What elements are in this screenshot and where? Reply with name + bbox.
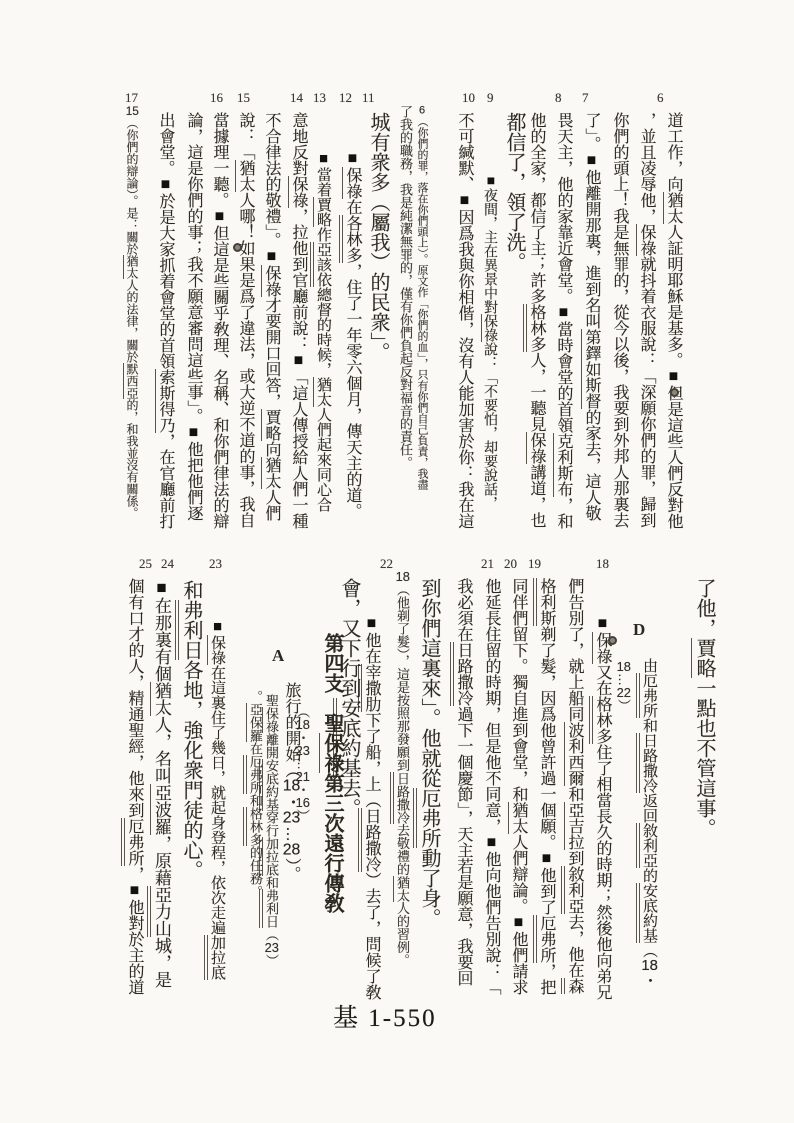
- verse-number-label: 10: [462, 90, 475, 106]
- vertical-text-column: 了」。■他離開那裏，進到名叫第鐸如斯督的家去，這人敬: [573, 112, 599, 521]
- verse-start-block: ■: [185, 424, 202, 441]
- proper-noun-marked-text: 保祿: [261, 265, 280, 297]
- proper-noun-marked-text: 亞吉拉: [564, 802, 583, 850]
- proper-noun-marked-text: 日路撒冷: [450, 642, 472, 706]
- proper-noun-marked-text: 敘利亞: [561, 866, 583, 914]
- verse-start-block: ■: [290, 352, 307, 369]
- proper-noun-marked-text: 默西亞: [123, 363, 139, 399]
- vertical-text-column: ■保祿在各林多，住了一年零六個月，傳天主的道。: [334, 150, 360, 519]
- proper-noun-marked-text: 猶太: [261, 457, 280, 489]
- vertical-text-column: 道工作，向猶太人証明耶穌是基多。■但是這些人們反對他: [655, 112, 681, 529]
- proper-noun-marked-text: 保祿: [319, 733, 343, 773]
- vertical-text-column: 到你們這裏來」。他就從厄弗所動了身。: [409, 578, 439, 928]
- page-number-footer: 基 1-550: [333, 998, 437, 1034]
- vertical-text-column: 我必須在日路撒冷過下一個慶節」，天主若是願意，我要回: [445, 578, 471, 986]
- vertical-text-column: ■保祿在這裏住了幾日，就起身登程，依次走遍加拉底: [200, 618, 225, 980]
- verse-start-block: ■: [152, 578, 171, 597]
- proper-noun-marked-text: 弗利日: [175, 600, 202, 660]
- vertical-text-column: 格利斯剃了髮，因爲他曾許過一個願。■他到了厄弗所，把: [528, 578, 554, 995]
- vertical-text-column: ■當着賈略作亞該依總督的時候，猶太人們起來同心合: [306, 150, 331, 512]
- proper-noun-marked-text: 保祿: [481, 314, 499, 342]
- vertical-text-column: 說：「猶太人哪！如果是爲了違法，或大逆不道的事，我自: [227, 112, 253, 528]
- vertical-text-column: 第四支 聖保祿第三次遠行傳敎: [312, 633, 342, 913]
- verse-start-block: ■: [665, 368, 682, 385]
- proper-noun-marked-text: 索斯得乃: [155, 369, 174, 433]
- vertical-text-column: 們告別了，就上船同波利西爾和亞吉拉到敘利亞去，他在森: [556, 578, 582, 994]
- verse-start-block: ■: [594, 615, 611, 632]
- verse-start-block: ■: [538, 850, 555, 867]
- verse-number-label: 24: [161, 556, 174, 572]
- proper-noun-marked-text: 厄弗所: [533, 915, 555, 963]
- vertical-text-column: ■夜間，主在異景中對保祿說：「不要怕，却要說話，: [474, 172, 498, 510]
- verse-number-label: 20: [504, 556, 517, 572]
- note-marker-icon: [608, 636, 617, 645]
- verse-start-block: ■: [456, 192, 473, 209]
- proper-noun-marked-text: 猶太: [150, 682, 171, 716]
- verse-number-label: 11: [362, 90, 375, 106]
- proper-noun-marked-text: 猶太: [393, 876, 410, 902]
- vertical-text-column: 不可緘默、■因爲我與你相偕，沒有人能加害於你：我在這: [446, 112, 472, 529]
- verse-start-block: ■: [363, 615, 380, 632]
- proper-noun-marked-text: 猶太: [663, 192, 682, 224]
- proper-noun-marked-text: 克利斯布: [553, 433, 572, 497]
- vertical-text-column: 了他，賈略一點也不管這事。: [684, 578, 714, 838]
- verse-number-label: 16: [210, 90, 223, 106]
- verse-number-label: 25: [139, 556, 152, 572]
- verse-start-block: ■: [157, 176, 174, 193]
- scanned-page: 67891011121314151617道工作，向猶太人証明耶穌是基多。■但是這…: [0, 0, 794, 1123]
- verse-start-block: ■: [483, 172, 499, 188]
- proper-noun-marked-text: 保祿: [526, 432, 545, 464]
- vertical-text-column: 城有衆多（屬我）的民衆」。: [358, 112, 388, 362]
- proper-noun-marked-text: 格林多: [523, 304, 545, 352]
- proper-noun-marked-text: 保祿: [262, 707, 279, 733]
- verse-number-label: 21: [481, 556, 494, 572]
- vertical-text-column: 畏天主，他的家靠近會堂。■當時會堂的首領克利斯布，和: [545, 112, 571, 529]
- verse-start-block: ■: [209, 618, 226, 635]
- proper-noun-marked-text: 亞波羅: [150, 784, 171, 835]
- proper-noun-marked-text: 加拉底: [204, 935, 226, 980]
- vertical-text-column: 當據理一聽。■但這是些關乎敎理、名稱、和你們律法的辯: [201, 112, 227, 529]
- proper-noun-marked-text: 賈略: [261, 409, 280, 441]
- proper-noun-marked-text: 亞保羅: [246, 703, 263, 742]
- vertical-text-column: 出會堂。■於是大家抓着會堂的首領索斯得乃，在官廳前打: [147, 112, 173, 529]
- proper-noun-marked-text: 日路撒冷: [358, 808, 380, 872]
- proper-noun-marked-text: 亞力山: [147, 886, 171, 937]
- proper-noun-marked-text: 賈略: [313, 197, 332, 227]
- proper-noun-marked-text: 保祿: [288, 176, 307, 208]
- vertical-text-column: ■在那裏有個猶太人，名叫亞波羅，原藉亞力山城，是: [143, 578, 170, 988]
- verse-number-label: 18: [596, 556, 609, 572]
- section-letter: D: [633, 620, 645, 640]
- note-marker-icon: [233, 243, 242, 252]
- verse-start-block: ■: [126, 882, 143, 899]
- verse-number-label: 19: [528, 556, 541, 572]
- verse-start-block: ■: [315, 150, 332, 167]
- proper-noun-marked-text: 保祿: [207, 635, 226, 665]
- proper-noun-marked-text: 第鐸如斯督: [581, 329, 600, 409]
- proper-noun-marked-text: 厄弗所: [121, 818, 143, 866]
- vertical-text-column: 論，這是你們的事；我不願意審問這些事」。■他把他們逐: [175, 112, 201, 521]
- proper-noun-marked-text: 猶太: [508, 802, 527, 834]
- verse-number-label: 7: [582, 90, 589, 106]
- verse-number-label: 14: [290, 90, 303, 106]
- verse-start-block: ■: [583, 152, 600, 169]
- proper-noun-marked-text: 格利斯: [533, 578, 555, 626]
- verse-start-block: ■: [555, 304, 572, 321]
- vertical-text-column: 他延長住留的時期，但是他不同意，■他向他們告別說：「: [473, 578, 499, 995]
- verse-start-block: ■: [483, 834, 500, 851]
- vertical-text-column: 了我的職務，我是純潔無罪的，僅有你們負起反對福音的責任。: [389, 105, 412, 469]
- proper-noun-marked-text: 安底約基: [636, 883, 658, 943]
- proper-noun-marked-text: 森: [561, 978, 583, 994]
- vertical-text-column: 個有口才的人，精通聖經，他來到厄弗所，■他對於主的道: [116, 578, 142, 995]
- vertical-text-column: 意地反對保祿，拉他到官廳前說：■「這人傳授給人們一種: [280, 112, 306, 529]
- vertical-text-column: 由厄弗所和日路撒冷返回敘利亞的安底約基（18・: [632, 658, 657, 988]
- proper-noun-marked-text: 猶太: [235, 160, 254, 192]
- vertical-text-column: 18（他剃了髮），這是按照那發願到日路撒冷去敬禮的猶太人的習例。: [386, 570, 409, 967]
- vertical-text-column: ，並且凌辱他，保祿就抖着衣服說：「深願你們的罪，歸到: [628, 112, 654, 528]
- proper-noun-marked-text: 保祿: [636, 224, 655, 256]
- verse-number-label: 6: [657, 90, 664, 106]
- proper-noun-marked-text: 格林多: [589, 696, 611, 744]
- proper-noun-marked-text: 保祿: [342, 167, 361, 199]
- page-number: 基 1-550: [333, 1005, 437, 1032]
- proper-noun-marked-text: 敘利亞: [636, 823, 658, 868]
- proper-noun-marked-text: 日路撒冷: [390, 772, 410, 824]
- verse-number-label: 15: [237, 90, 250, 106]
- proper-noun-marked-text: 猶太: [123, 255, 139, 279]
- vertical-text-column: 。亞保羅在厄弗所和格林多的任務。: [239, 690, 262, 898]
- proper-noun-marked-text: 亞該依: [310, 242, 332, 287]
- verse-number-label: 12: [339, 90, 352, 106]
- proper-noun-marked-text: 猶太: [313, 377, 332, 407]
- verse-start-block: ■: [510, 914, 527, 931]
- verse-number-label: 23: [209, 556, 222, 572]
- proper-noun-marked-text: 宰撒肋: [358, 664, 380, 712]
- proper-noun-marked-text: 厄弗所: [636, 673, 658, 718]
- vertical-text-column: ■保祿又在格林多住了相當長久的時期；然後他向弟兄: [584, 615, 610, 1000]
- proper-noun-marked-text: 厄弗所: [413, 788, 440, 848]
- vertical-text-column: 不合律法的敬禮」。■保祿才要開口回答，賈略向猶太人們: [253, 112, 279, 521]
- proper-noun-marked-text: 各林多: [339, 215, 361, 263]
- vertical-text-column: 同伴們留下。獨自進到會堂，和猶太人們辯論。■他們請求: [500, 578, 526, 995]
- verse-start-block: ■: [344, 150, 361, 167]
- proper-noun-marked-text: 日路撒冷: [636, 733, 658, 793]
- proper-noun-marked-text: 波利西爾: [564, 722, 583, 786]
- vertical-text-column: 你們的頭上！我是無罪的，從今以後，我要到外邦人那裏去: [601, 112, 627, 528]
- verse-start-block: ■: [211, 208, 228, 225]
- proper-noun-marked-text: 賈略: [691, 638, 715, 678]
- section-letter: A: [272, 646, 284, 666]
- proper-noun-marked-text: 格林多: [243, 807, 263, 846]
- verse-number-label: 8: [555, 90, 562, 106]
- vertical-text-column: 15（你們的辯論）。是：關於猶太人的法律，關於默西亞的，和我並沒有關係。: [116, 105, 138, 519]
- proper-noun-marked-text: 厄弗所: [243, 755, 263, 794]
- vertical-text-column: 和弗利日各地，強化衆門徒的心。: [171, 580, 201, 880]
- note-marker-icon: [670, 388, 679, 397]
- verse-number-label: 13: [313, 90, 326, 106]
- verse-number-label: 9: [487, 90, 494, 106]
- verse-number-label: 17: [125, 90, 138, 106]
- verse-start-block: ■: [263, 248, 280, 265]
